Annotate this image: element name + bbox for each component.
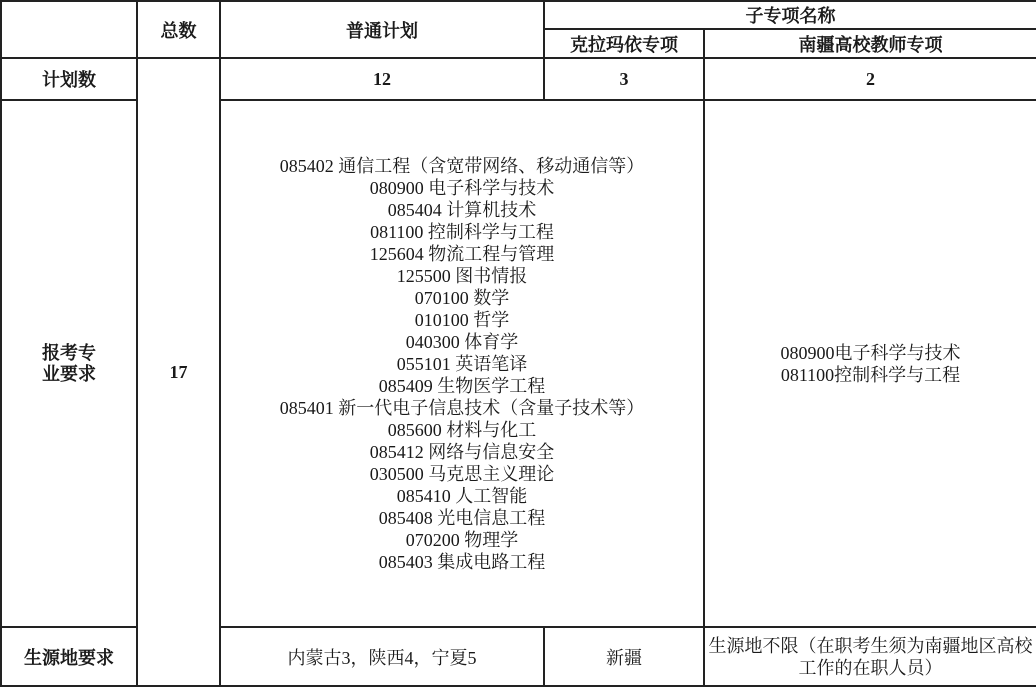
origin-nanjiang: 生源地不限（在职考生须为南疆地区高校工作的在职人员） — [704, 627, 1036, 686]
list-line: 081100 控制科学与工程 — [221, 221, 703, 243]
list-line: 125500 图书情报 — [221, 265, 703, 287]
list-line: 085408 光电信息工程 — [221, 507, 703, 529]
list-line: 055101 英语笔译 — [221, 353, 703, 375]
list-line: 040300 体育学 — [221, 331, 703, 353]
list-line: 085412 网络与信息安全 — [221, 441, 703, 463]
list-line: 080900电子科学与技术 — [705, 342, 1036, 364]
row-label-plan-count: 计划数 — [1, 58, 137, 100]
header-nanjiang-teacher-special: 南疆高校教师专项 — [704, 29, 1036, 58]
row-label-major-requirements: 报考专业要求 — [1, 100, 137, 627]
header-general-plan: 普通计划 — [220, 1, 544, 58]
list-line: 085600 材料与化工 — [221, 419, 703, 441]
list-line: 010100 哲学 — [221, 309, 703, 331]
list-line: 085404 计算机技术 — [221, 199, 703, 221]
header-karamay-special: 克拉玛依专项 — [544, 29, 704, 58]
major-list-general: 085402 通信工程（含宽带网络、移动通信等）080900 电子科学与技术08… — [220, 100, 704, 627]
corner-cell — [1, 1, 137, 58]
list-line: 125604 物流工程与管理 — [221, 243, 703, 265]
header-total: 总数 — [137, 1, 220, 58]
list-line: 070100 数学 — [221, 287, 703, 309]
list-line: 030500 马克思主义理论 — [221, 463, 703, 485]
list-line: 085401 新一代电子信息技术（含量子技术等） — [221, 397, 703, 419]
list-line: 081100控制科学与工程 — [705, 364, 1036, 386]
total-count-cell: 17 — [137, 58, 220, 686]
list-line: 080900 电子科学与技术 — [221, 177, 703, 199]
origin-general: 内蒙古3，陕西4，宁夏5 — [220, 627, 544, 686]
major-requirements-label-text: 报考专业要求 — [36, 343, 102, 385]
origin-karamay: 新疆 — [544, 627, 704, 686]
plan-count-general: 12 — [220, 58, 544, 100]
list-line: 085410 人工智能 — [221, 485, 703, 507]
header-sub-project-name: 子专项名称 — [544, 1, 1036, 29]
admission-plan-page: 总数 普通计划 子专项名称 克拉玛依专项 南疆高校教师专项 计划数 17 12 … — [0, 0, 1036, 687]
plan-count-nanjiang: 2 — [704, 58, 1036, 100]
list-line: 085409 生物医学工程 — [221, 375, 703, 397]
major-list-nanjiang: 080900电子科学与技术081100控制科学与工程 — [704, 100, 1036, 627]
row-label-origin-requirement: 生源地要求 — [1, 627, 137, 686]
list-line: 070200 物理学 — [221, 529, 703, 551]
list-line: 085403 集成电路工程 — [221, 551, 703, 573]
list-line: 085402 通信工程（含宽带网络、移动通信等） — [221, 155, 703, 177]
plan-count-karamay: 3 — [544, 58, 704, 100]
admission-plan-table: 总数 普通计划 子专项名称 克拉玛依专项 南疆高校教师专项 计划数 17 12 … — [0, 0, 1036, 687]
